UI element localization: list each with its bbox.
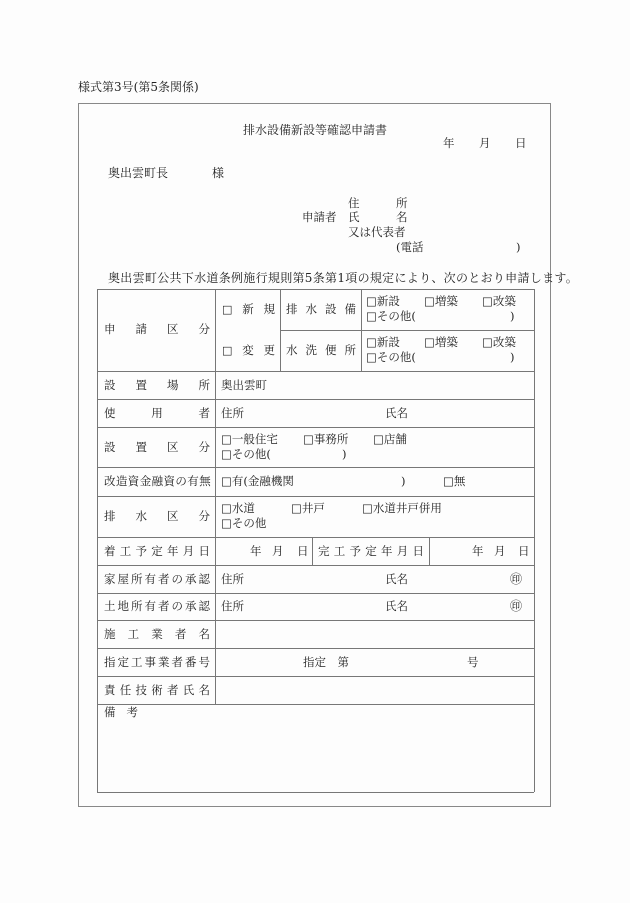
loan-yes-checkbox[interactable]: □有(金融機関 [221, 476, 294, 488]
label-char: 使 [104, 408, 116, 420]
drainage-type-other-checkbox[interactable]: □その他 [221, 518, 266, 530]
label-char: 名 [199, 685, 211, 697]
label-char: 区 [167, 511, 179, 523]
label-char: 設 [104, 380, 116, 392]
label-char: 技 [136, 685, 148, 697]
drainage-other-close: ) [510, 311, 515, 323]
label-char: 備 [345, 304, 357, 316]
store-checkbox[interactable]: □店舗 [373, 434, 407, 446]
date-month-label: 月 [479, 138, 491, 150]
label-char: 責 [104, 685, 116, 697]
table-border-left [97, 289, 98, 792]
toilet-other-checkbox[interactable]: □その他( [366, 352, 416, 364]
addressee-honorific: 様 [212, 167, 224, 179]
label-char: 水 [306, 304, 318, 316]
applicant-label: 申請者 [302, 212, 337, 224]
label-char: 用 [151, 408, 163, 420]
water-supply-checkbox[interactable]: □水道 [221, 503, 255, 515]
label-char: 工 [120, 546, 132, 558]
drainage-facility-label: 排 水 設 備 [286, 304, 356, 316]
label-char: 変 [242, 345, 254, 357]
toilet-new-checkbox[interactable]: □新設 [366, 337, 400, 349]
label-char: 洗 [306, 345, 318, 357]
label-char: の [172, 574, 184, 586]
new-option[interactable]: □ 新 規 [222, 304, 275, 316]
completion-date-day[interactable]: 日 [518, 546, 530, 558]
row-divider [97, 467, 534, 468]
installation-location-value[interactable]: 奥出雲町 [221, 380, 267, 392]
row-divider [97, 427, 534, 428]
label-char: 所 [345, 345, 357, 357]
applicant-representative-label: 又は代表者 [348, 227, 406, 239]
designated-number-suffix: 号 [467, 657, 479, 669]
label-char: 認 [199, 601, 211, 613]
label-char: 者 [172, 657, 184, 669]
completion-date-month[interactable]: 月 [494, 546, 506, 558]
label-char: 屋 [118, 574, 130, 586]
form-frame [78, 103, 551, 807]
date-divider-2 [429, 537, 430, 565]
house-owner-label: 家 屋 所 有 者 の 承 認 [104, 574, 210, 586]
label-char: 名 [199, 629, 211, 641]
table-border-top [97, 289, 534, 290]
label-char: 更 [264, 345, 276, 357]
label-char: 土 [104, 601, 116, 613]
applicant-phone-close: ) [516, 242, 521, 254]
label-char: 便 [325, 345, 337, 357]
label-char: 有 [145, 574, 157, 586]
label-char: の [172, 601, 184, 613]
label-char: 施 [104, 629, 116, 641]
label-char: 指 [104, 657, 116, 669]
toilet-renovation-checkbox[interactable]: □改築 [482, 337, 516, 349]
designated-number-prefix: 指定 第 [303, 657, 349, 669]
label-char: 日 [199, 546, 211, 558]
label-char: 番 [185, 657, 197, 669]
label-char: 年 [381, 546, 393, 558]
seal-icon: ㊞ [510, 573, 522, 585]
loan-label: 改造資金融資の有無 [104, 476, 211, 488]
land-owner-address-label: 住所 [221, 601, 244, 613]
installation-location-label: 設 置 場 所 [104, 380, 210, 392]
label-char: 家 [104, 574, 116, 586]
applicant-name-label-1: 氏 [348, 212, 360, 224]
form-title: 排水設備新設等確認申請書 [0, 124, 630, 136]
water-well-combined-checkbox[interactable]: □水道井戸併用 [362, 503, 442, 515]
label-char: 考 [127, 707, 139, 719]
label-char: 区 [167, 324, 179, 336]
label-char: 月 [397, 546, 409, 558]
table-border-right [534, 289, 535, 792]
toilet-other-close: ) [510, 352, 515, 364]
label-char: 水 [286, 345, 298, 357]
user-address-label: 住所 [221, 408, 244, 420]
label-char: 業 [151, 629, 163, 641]
application-type-label: 申 請 区 分 [104, 324, 210, 336]
row-divider [97, 593, 534, 594]
label-char: 定 [365, 546, 377, 558]
office-checkbox[interactable]: □事務所 [303, 434, 348, 446]
label-char: 予 [136, 546, 148, 558]
house-owner-address-label: 住所 [221, 574, 244, 586]
label-char: 年 [167, 546, 179, 558]
label-char: 有 [145, 601, 157, 613]
installation-other-checkbox[interactable]: □その他( [221, 449, 271, 461]
house-owner-name-label: 氏名 [385, 574, 408, 586]
label-char: 所 [131, 574, 143, 586]
label-char: 日 [413, 546, 425, 558]
label-char: 排 [104, 511, 116, 523]
installation-type-label: 設 置 区 分 [104, 442, 210, 454]
label-char: 号 [199, 657, 211, 669]
label-char: 任 [120, 685, 132, 697]
label-char: 事 [145, 657, 157, 669]
label-char: 工 [334, 546, 346, 558]
label-char: 水 [136, 511, 148, 523]
intro-text: 奥出雲町公共下水道条例施行規則第5条第1項の規定により、次のとおり申請します。 [108, 272, 578, 284]
label-char: 置 [136, 442, 148, 454]
table-border-bottom [97, 792, 534, 793]
row-divider [97, 676, 534, 677]
drainage-new-checkbox[interactable]: □新設 [366, 296, 400, 308]
label-char: 地 [118, 601, 130, 613]
label-char: 者 [158, 601, 170, 613]
label-char: 定 [118, 657, 130, 669]
well-checkbox[interactable]: □井戸 [291, 503, 325, 515]
row-divider [97, 620, 534, 621]
row-divider [97, 648, 534, 649]
drainage-type-label: 排 水 区 分 [104, 511, 210, 523]
label-char: 術 [151, 685, 163, 697]
label-char: 所 [199, 380, 211, 392]
label-char: 置 [136, 380, 148, 392]
label-char: 月 [183, 546, 195, 558]
row-divider [97, 565, 534, 566]
label-char: 備 [104, 707, 116, 719]
label-char: 承 [185, 574, 197, 586]
loan-yes-close: ) [401, 476, 406, 488]
installation-other-close: ) [342, 449, 347, 461]
start-date-day[interactable]: 日 [297, 546, 309, 558]
drainage-other-checkbox[interactable]: □その他( [366, 311, 416, 323]
seal-icon: ㊞ [510, 600, 522, 612]
facility-row-divider [280, 330, 534, 331]
row-divider [97, 496, 534, 497]
drainage-renovation-checkbox[interactable]: □改築 [482, 296, 516, 308]
land-owner-label: 土 地 所 有 者 の 承 認 [104, 601, 210, 613]
applicant-phone-label: (電話 [396, 242, 424, 254]
flush-toilet-label: 水 洗 便 所 [286, 345, 356, 357]
label-char: 業 [158, 657, 170, 669]
label-char: 着 [104, 546, 116, 558]
contractor-label: 施 工 業 者 名 [104, 629, 210, 641]
engineer-label: 責 任 技 術 者 氏 名 [104, 685, 210, 697]
applicant-name-label-2: 名 [396, 212, 408, 224]
designated-number-label: 指 定 工 事 業 者 番 号 [104, 657, 210, 669]
label-char: 新 [242, 304, 254, 316]
label-char: 者 [175, 629, 187, 641]
label-char: 請 [136, 324, 148, 336]
completion-date-year[interactable]: 年 [472, 546, 484, 558]
date-year-label: 年 [443, 138, 455, 150]
loan-no-checkbox[interactable]: □無 [443, 476, 465, 488]
label-char: 所 [131, 601, 143, 613]
label-char: 予 [350, 546, 362, 558]
label-char: 規 [264, 304, 276, 316]
form-number: 様式第3号(第5条関係) [78, 81, 199, 93]
addressee-name: 奥出雲町長 [108, 167, 168, 179]
row-divider [97, 704, 534, 705]
change-option[interactable]: □ 変 更 [222, 345, 275, 357]
toilet-extension-checkbox[interactable]: □増築 [424, 337, 458, 349]
label-char: 分 [199, 324, 211, 336]
drainage-extension-checkbox[interactable]: □増築 [424, 296, 458, 308]
label-char: 承 [185, 601, 197, 613]
label-char: 設 [104, 442, 116, 454]
applicant-address-label-2: 所 [396, 198, 408, 210]
change-checkbox[interactable]: □ [222, 345, 232, 357]
label-char: 設 [325, 304, 337, 316]
label-char: 認 [199, 574, 211, 586]
label-char: 定 [151, 546, 163, 558]
start-date-month[interactable]: 月 [272, 546, 284, 558]
applicant-address-label-1: 住 [348, 198, 360, 210]
label-char: 工 [128, 629, 140, 641]
label-char: 者 [167, 685, 179, 697]
remarks-area[interactable] [98, 720, 533, 790]
house-checkbox[interactable]: □一般住宅 [221, 434, 278, 446]
row-divider [97, 537, 534, 538]
row-divider [97, 399, 534, 400]
date-divider-1 [312, 537, 313, 565]
start-date-year[interactable]: 年 [250, 546, 262, 558]
start-date-label: 着 工 予 定 年 月 日 [104, 546, 210, 558]
label-char: 完 [318, 546, 330, 558]
label-char: 者 [199, 408, 211, 420]
user-label: 使 用 者 [104, 408, 210, 420]
completion-date-label: 完 工 予 定 年 月 日 [318, 546, 424, 558]
label-char: 区 [167, 442, 179, 454]
land-owner-name-label: 氏名 [385, 601, 408, 613]
remarks-label: 備 考 [104, 707, 138, 719]
label-char: 氏 [183, 685, 195, 697]
label-char: 分 [199, 442, 211, 454]
label-char: 申 [104, 324, 116, 336]
label-char: 工 [131, 657, 143, 669]
date-day-label: 日 [515, 138, 527, 150]
label-char: 排 [286, 304, 298, 316]
new-checkbox[interactable]: □ [222, 304, 232, 316]
label-char: 者 [158, 574, 170, 586]
label-char: 場 [167, 380, 179, 392]
row-divider [97, 371, 534, 372]
label-char: 分 [199, 511, 211, 523]
user-name-label: 氏名 [385, 408, 408, 420]
